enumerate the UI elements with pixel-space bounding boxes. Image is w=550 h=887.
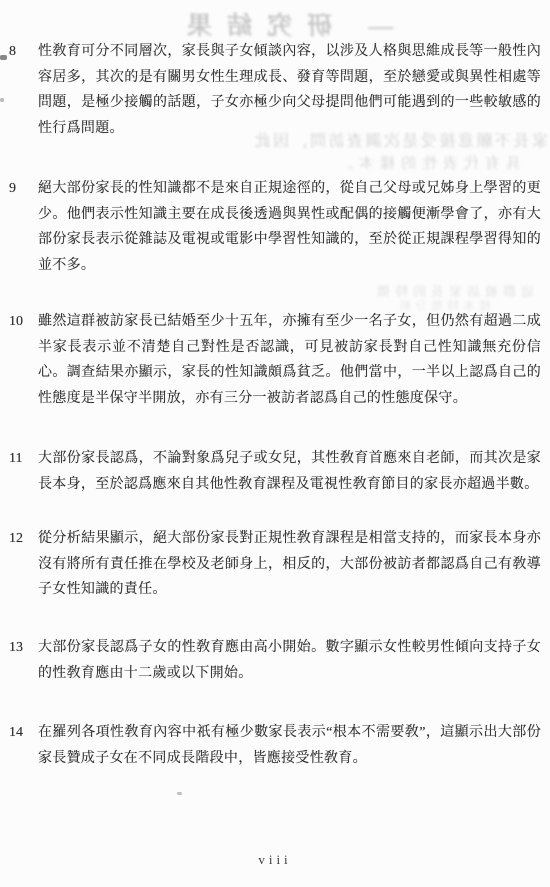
paragraph-13: 13 大部份家長認爲子女的性敎育應由高小開始。數字顯示女性較男性傾向支持子女的性…: [9, 635, 541, 686]
paragraph-number: 9: [9, 176, 38, 202]
paragraph-number: 10: [9, 309, 38, 335]
paragraph-8: 8 性敎育可分不同層次，家長與子女傾談內容，以涉及人格與思維成長等一般性內容居多…: [9, 39, 541, 142]
scan-speck: [177, 792, 182, 795]
bleed-through-heading: — 研究結果: [172, 6, 393, 42]
paragraph-11: 11 大部份家長認爲，不論對象爲兒子或女兒，其性敎育首應來自老師，而其次是家長本…: [9, 446, 541, 497]
paragraph-number: 14: [9, 720, 38, 746]
paragraph-text: 大部份家長認爲，不論對象爲兒子或女兒，其性敎育首應來自老師，而其次是家長本身，至…: [38, 446, 541, 497]
scan-speck: [0, 98, 4, 102]
paragraph-text: 大部份家長認爲子女的性敎育應由高小開始。數字顯示女性較男性傾向支持子女的性敎育應…: [38, 635, 541, 686]
paragraph-10: 10 雖然這群被訪家長已結婚至少十五年，亦擁有至少一名子女，但仍然有超過二成半家…: [9, 309, 541, 412]
paragraph-text: 絕大部份家長的性知識都不是來自正規途徑的，從自己父母或兄姊身上學習的更少。他們表…: [38, 176, 541, 279]
paragraph-9: 9 絕大部份家長的性知識都不是來自正規途徑的，從自己父母或兄姊身上學習的更少。他…: [9, 176, 541, 279]
paragraph-text: 從分析結果顯示，絕大部份家長對正規性敎育課程是相當支持的，而家長本身亦沒有將所有…: [38, 526, 541, 603]
paragraph-text: 在羅列各項性敎育內容中祇有極少數家長表示“根本不需要敎”，這顯示出大部份家長贊成…: [38, 720, 541, 771]
paragraph-text: 性敎育可分不同層次，家長與子女傾談內容，以涉及人格與思維成長等一般性內容居多，其…: [38, 39, 541, 142]
paragraph-number: 11: [9, 446, 38, 472]
paragraph-14: 14 在羅列各項性敎育內容中祇有極少數家長表示“根本不需要敎”，這顯示出大部份家…: [9, 720, 541, 771]
paragraph-text: 雖然這群被訪家長已結婚至少十五年，亦擁有至少一名子女，但仍然有超過二成半家長表示…: [38, 309, 541, 412]
page-number: viii: [0, 852, 550, 868]
scan-speck: [0, 55, 7, 60]
bleed-through-line: 這群被訪家長的特徵: [372, 281, 534, 300]
scanned-document-page: — 研究結果 家長不願意接受是次調查訪問，因此 具有代表性的樣本。 這群被訪家長…: [0, 0, 550, 887]
paragraph-number: 13: [9, 635, 38, 661]
bleed-through-line: 具有代表性的樣本。: [332, 152, 521, 173]
paragraph-number: 12: [9, 526, 38, 552]
paragraph-12: 12 從分析結果顯示，絕大部份家長對正規性敎育課程是相當支持的，而家長本身亦沒有…: [9, 526, 541, 603]
paragraph-number: 8: [9, 39, 38, 65]
